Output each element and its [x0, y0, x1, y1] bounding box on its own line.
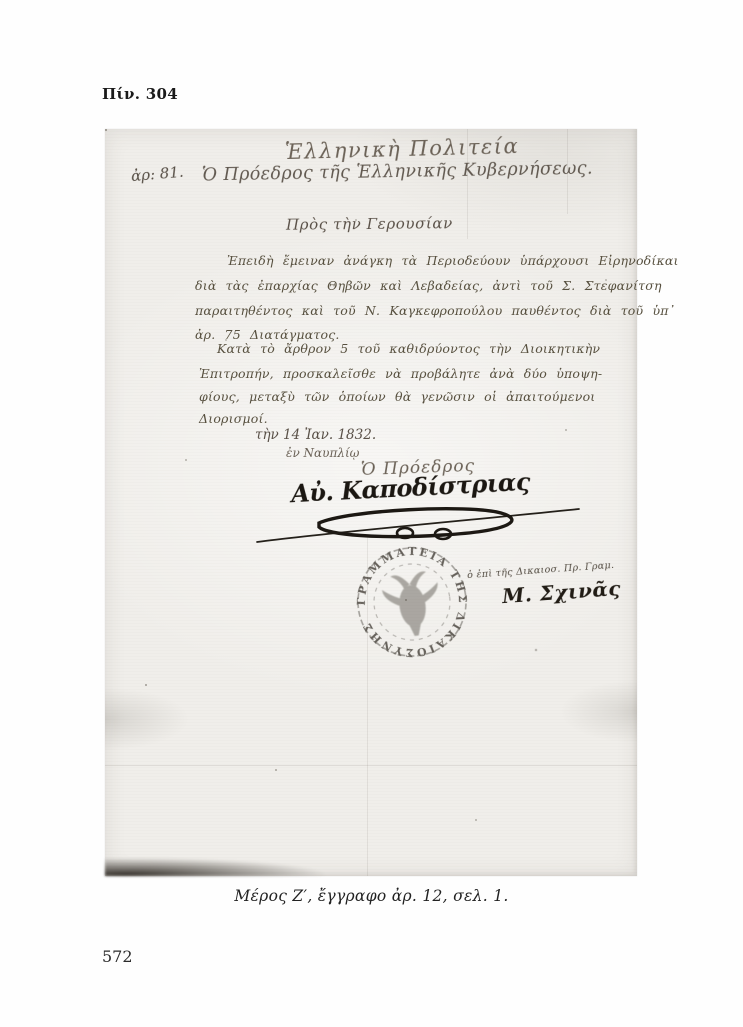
signature-flourish: [253, 498, 583, 548]
paper-specks: [105, 129, 107, 131]
manuscript-heading-sender: Ὁ Πρόεδρος τῆς Ἑλληνικῆς Κυβερνήσεως.: [202, 159, 593, 186]
manuscript-body-line: ἀρ. 75 Διατάγματος.: [195, 327, 340, 342]
manuscript-body-line: Ἐπειδὴ ἔμειναν ἀνάγκη τὰ Περιοδεύουν ὑπά…: [227, 253, 679, 268]
paper-fold-horizontal: [105, 765, 637, 766]
manuscript-body-line: διὰ τὰς ἐπαρχίας Θηβῶν καὶ Λεβαδείας, ἀν…: [195, 278, 662, 293]
figure-caption: Μέρος Ζ′, ἔγγραφο ἀρ. 12, σελ. 1.: [0, 887, 743, 905]
page-number: 572: [102, 947, 133, 966]
manuscript-place: ἐν Ναυπλίῳ: [286, 446, 359, 460]
plate-label: Πίν. 304: [102, 85, 178, 103]
manuscript-addressee: Πρὸς τὴν Γερουσίαν: [286, 214, 453, 233]
manuscript-scan: Ἑλληνικὴ Πολιτεία ἀρ: 81. Ὁ Πρόεδρος τῆς…: [105, 129, 637, 876]
manuscript-date: τὴν 14 Ἰαν. 1832.: [255, 427, 376, 443]
manuscript-body-line: παραιτηθέντος καὶ τοῦ Ν. Καγκεφροπούλου …: [195, 303, 675, 318]
paper-crease: [567, 129, 568, 214]
paper-crease: [467, 129, 468, 239]
manuscript-body-line: Κατὰ τὸ ἄρθρον 5 τοῦ καθιδρύοντος τὴν Δι…: [217, 341, 600, 356]
phoenix-emblem-icon: [380, 570, 444, 640]
manuscript-body-line: φίους, μεταξὺ τῶν ὁποίων θὰ γενῶσιν οἱ ἀ…: [199, 389, 595, 404]
paper-fold-vertical: [367, 537, 368, 876]
manuscript-body-line: Ἐπιτροπήν, προσκαλεῖσθε νὰ προβάλητε ἀνὰ…: [199, 366, 602, 381]
manuscript-doc-number: ἀρ: 81.: [130, 163, 184, 186]
manuscript-body-line: Διορισμοί.: [199, 411, 268, 426]
scan-edge-smudge: [105, 855, 355, 876]
countersign-signature: Μ. Σχινᾶς: [501, 576, 621, 608]
